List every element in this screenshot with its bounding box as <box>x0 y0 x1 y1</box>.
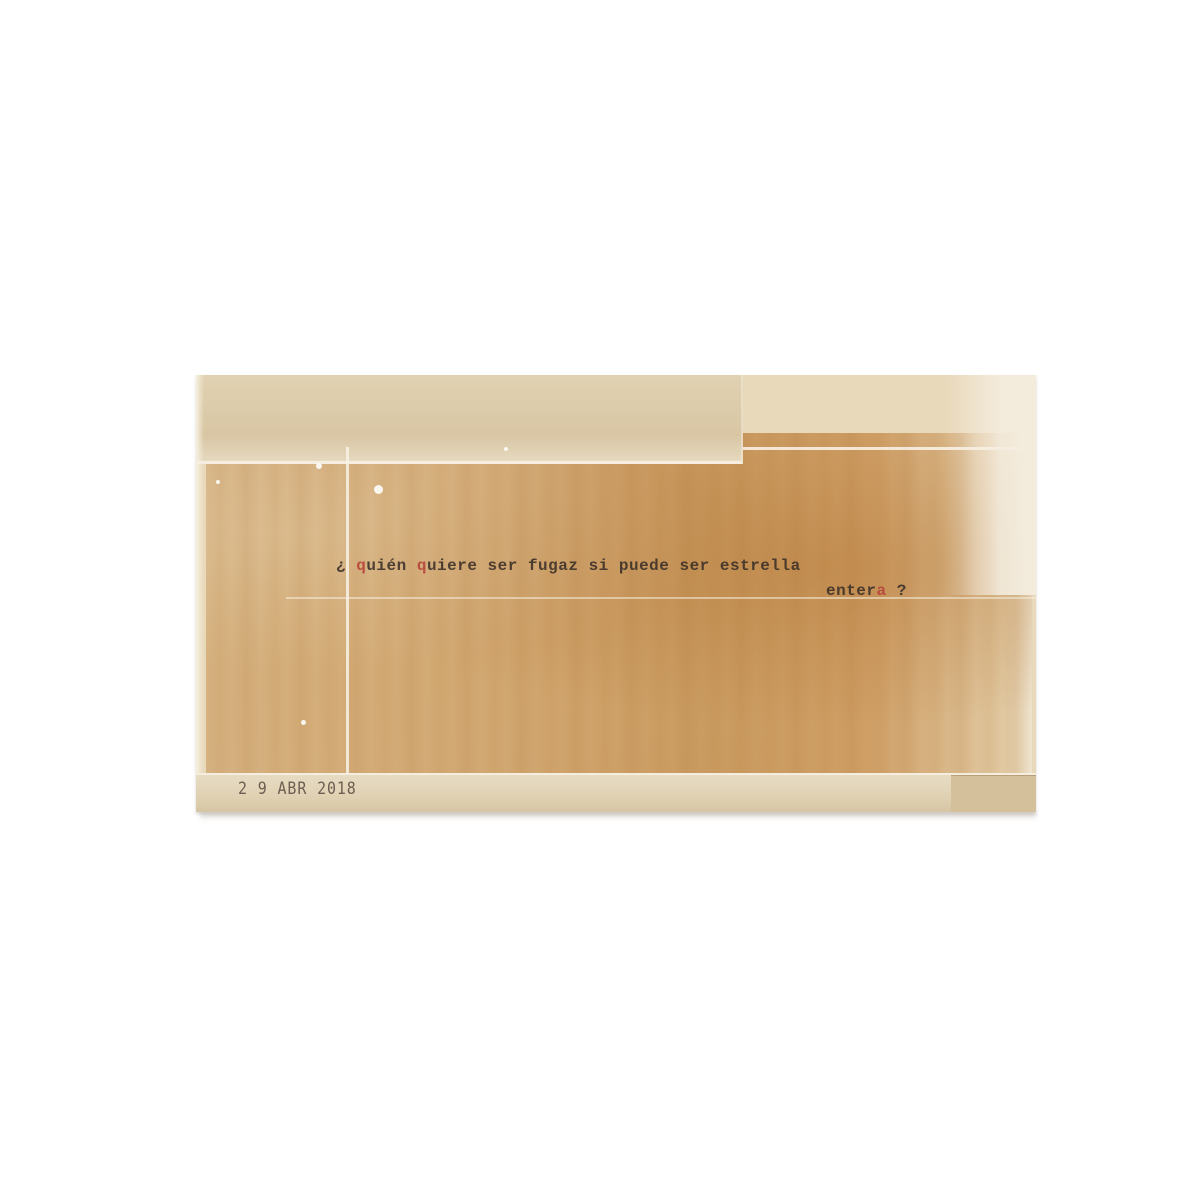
worn-left-edge <box>196 375 204 812</box>
red-letter-q: q <box>356 557 366 575</box>
paper-card: ¿ quién quiere ser fugaz si puede ser es… <box>196 375 1036 812</box>
poem-text: uién <box>366 557 417 575</box>
paper-fleck <box>504 447 508 451</box>
poem-text: uiere ser fugaz si puede ser estrella <box>427 557 801 575</box>
paper-fleck <box>374 485 383 494</box>
faded-corner <box>946 375 1036 595</box>
vertical-fold-line <box>346 447 349 773</box>
top-tape-patch <box>196 375 743 464</box>
poem-text: enter <box>826 582 877 600</box>
paper-fleck <box>301 720 306 725</box>
paper-fleck <box>316 463 322 469</box>
red-letter-q: q <box>417 557 427 575</box>
red-letter-a: a <box>877 582 887 600</box>
date-stamp: 2 9 ABR 2018 <box>238 779 357 799</box>
paper-fleck <box>216 480 220 484</box>
poem-line-1: ¿ quién quiere ser fugaz si puede ser es… <box>336 557 801 575</box>
stained-paper <box>206 433 1032 773</box>
question-mark: ? <box>887 582 907 600</box>
photo-background: ¿ quién quiere ser fugaz si puede ser es… <box>0 0 1200 1200</box>
card-shadow <box>200 812 1036 820</box>
bottom-tape-patch <box>951 775 1036 812</box>
inverted-question-mark: ¿ <box>336 557 356 575</box>
horizontal-fold-line <box>286 597 1036 599</box>
poem-line-2: entera ? <box>826 582 907 600</box>
